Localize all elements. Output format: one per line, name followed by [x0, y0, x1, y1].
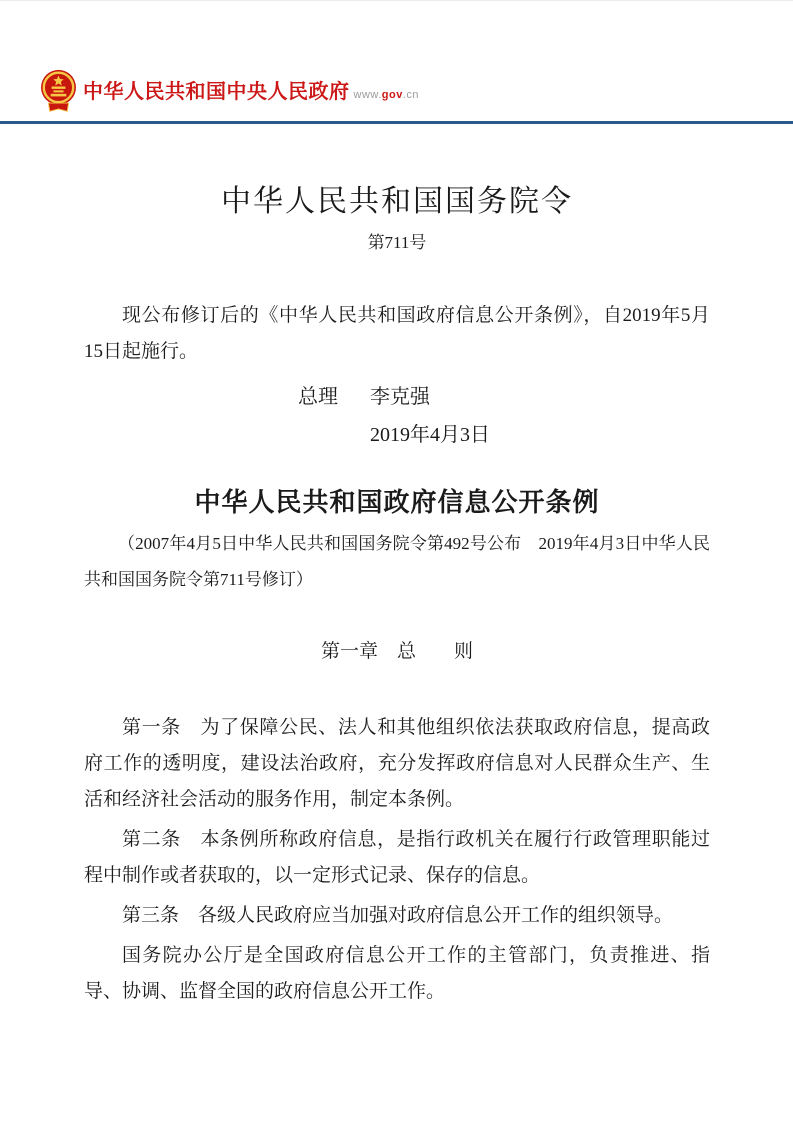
signer-name: 李克强	[370, 386, 430, 408]
chapter-1-heading: 第一章 总 则	[84, 634, 710, 670]
signer-role: 总理	[298, 386, 338, 408]
site-url: www.gov.cn	[354, 89, 420, 101]
regulation-title: 中华人民共和国政府信息公开条例	[84, 488, 710, 518]
page: { "colors": { "brand_red": "#cc1717", "d…	[0, 0, 793, 1122]
url-gov: gov	[382, 89, 403, 101]
article-list: 第一条 为了保障公民、法人和其他组织依法获取政府信息，提高政府工作的透明度，建设…	[84, 710, 710, 1010]
gov-logo[interactable]: 中华人民共和国中央人民政府 www.gov.cn	[40, 69, 793, 115]
article-1: 第一条 为了保障公民、法人和其他组织依法获取政府信息，提高政府工作的透明度，建设…	[84, 710, 710, 818]
national-emblem-icon	[40, 69, 77, 115]
site-header: 中华人民共和国中央人民政府 www.gov.cn	[0, 1, 793, 124]
document-body: 中华人民共和国国务院令 第711号 现公布修订后的《中华人民共和国政府信息公开条…	[0, 124, 793, 1090]
article-2: 第二条 本条例所称政府信息，是指行政机关在履行行政管理职能过程中制作或者获取的，…	[84, 822, 710, 894]
url-www: www.	[354, 89, 382, 101]
url-cn: .cn	[403, 89, 419, 101]
decree-title: 中华人民共和国国务院令	[84, 124, 710, 218]
logo-text: 中华人民共和国中央人民政府 www.gov.cn	[83, 81, 419, 103]
article-3: 第三条 各级人民政府应当加强对政府信息公开工作的组织领导。	[84, 898, 710, 934]
regulation-revision-note: （2007年4月5日中华人民共和国国务院令第492号公布 2019年4月3日中华…	[84, 526, 710, 598]
decree-number: 第711号	[84, 232, 710, 254]
signature-line: 总理李克强	[84, 378, 710, 416]
decree-announcement: 现公布修订后的《中华人民共和国政府信息公开条例》，自2019年5月15日起施行。	[84, 298, 710, 370]
signature-date: 2019年4月3日	[84, 416, 710, 454]
article-3-continued: 国务院办公厅是全国政府信息公开工作的主管部门，负责推进、指导、协调、监督全国的政…	[84, 938, 710, 1010]
site-title: 中华人民共和国中央人民政府	[83, 81, 350, 103]
